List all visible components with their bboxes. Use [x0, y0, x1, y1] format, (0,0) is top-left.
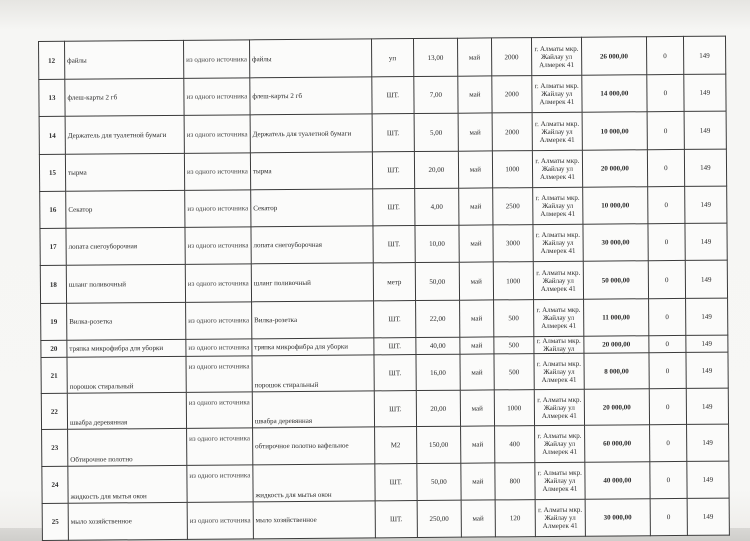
unit: ШТ. — [372, 114, 414, 152]
delivery-address: г. Алматы мкр.Жайлау улАлмерек 41 — [534, 353, 584, 389]
item-description: флеш-карты 2 гб — [250, 77, 372, 115]
item-description: обтирочное полотно вафельное — [252, 427, 374, 465]
code: 149 — [686, 335, 728, 352]
address-line: Жайлау ул — [541, 90, 572, 98]
procurement-method: из одного источника — [184, 153, 250, 191]
advance-percent: 0 — [646, 36, 683, 74]
advance-percent: 0 — [648, 260, 685, 298]
quantity: 4,00 — [415, 188, 459, 225]
total-amount: 30 000,00 — [585, 499, 650, 537]
delivery-month: май — [460, 337, 494, 354]
table-row: 25 мыло хозяйственное из одного источник… — [42, 498, 729, 540]
procurement-method: из одного источника — [183, 40, 249, 79]
advance-percent: 0 — [647, 149, 684, 186]
row-number: 23 — [42, 429, 68, 466]
code: 149 — [687, 461, 729, 498]
delivery-month: май — [458, 113, 492, 151]
item-description: Держатель для туалетной бумаги — [250, 114, 372, 153]
address-line: Жайлау ул — [545, 514, 576, 522]
item-name: швабра деревянная — [67, 392, 186, 429]
address-line: Алмерек 41 — [539, 98, 574, 106]
total-amount: 50 000,00 — [583, 261, 648, 300]
delivery-month: май — [460, 426, 494, 463]
address-line: Жайлау ул — [544, 477, 575, 485]
code: 149 — [686, 424, 728, 461]
procurement-method: из одного источника — [184, 78, 250, 116]
unit-price: 800 — [495, 463, 535, 500]
address-line: Жайлау ул — [543, 314, 574, 322]
total-amount: 40 000,00 — [585, 462, 650, 500]
unit-price: 1000 — [493, 262, 533, 300]
address-line: Жайлау ул — [541, 127, 572, 135]
item-description: жидкость для мытья окон — [253, 464, 375, 502]
delivery-address: г. Алматы мкр.Жайлау улАлмерек 41 — [531, 37, 581, 75]
delivery-month: май — [460, 390, 494, 426]
unit: метр — [373, 263, 415, 301]
code: 149 — [685, 298, 727, 335]
procurement-method: из одного источника — [185, 227, 251, 265]
procurement-method: из одного источника — [186, 356, 252, 393]
row-number: 20 — [41, 340, 67, 357]
delivery-address: г. Алматы мкр.Жайлау улАлмерек 41 — [533, 224, 583, 261]
address-line: Алмерек 41 — [542, 411, 577, 419]
delivery-address: г. Алматы мкр.Жайлау улАлмерек 41 — [535, 462, 585, 499]
item-description: порошок стиральный — [252, 355, 374, 392]
unit: ШТ. — [374, 338, 416, 355]
delivery-address: г. Алматы мкр.Жайлау улАлмерек 41 — [533, 187, 583, 224]
procurement-method: из одного источника — [186, 392, 252, 429]
address-line: Жайлау ул — [543, 345, 574, 353]
procurement-method: из одного источника — [185, 264, 251, 303]
total-amount: 10 000,00 — [582, 112, 647, 151]
unit-price: 500 — [493, 300, 533, 337]
quantity: 20,00 — [416, 390, 460, 426]
item-name: лопата снегоуборочная — [66, 227, 185, 265]
item-name: Держатель для туалетной бумаги — [65, 115, 184, 154]
delivery-month: май — [459, 188, 493, 225]
unit: ШТ. — [372, 77, 414, 114]
unit: ШТ. — [372, 152, 414, 189]
procurement-method: из одного источника — [185, 190, 251, 228]
advance-percent: 0 — [650, 461, 687, 498]
delivery-address: г. Алматы мкр.Жайлау улАлмерек 41 — [534, 425, 584, 462]
row-number: 16 — [40, 191, 66, 228]
delivery-month: май — [458, 151, 492, 188]
delivery-month: май — [458, 76, 492, 113]
advance-percent: 0 — [649, 335, 686, 352]
unit: ШТ. — [375, 464, 417, 501]
total-amount: 20 000,00 — [582, 150, 647, 188]
address-line: Алмерек 41 — [542, 485, 577, 493]
total-amount: 20 000,00 — [584, 336, 649, 354]
item-description: Секатор — [251, 189, 373, 227]
item-name: файлы — [65, 40, 184, 79]
table-row: 16 Секатор из одного источника Секатор Ш… — [40, 186, 727, 228]
unit-price: 2000 — [491, 38, 531, 76]
item-name: шланг поливочный — [66, 264, 185, 303]
unit: ШТ. — [374, 391, 416, 427]
row-number: 13 — [39, 79, 65, 116]
procurement-method: из одного источника — [186, 302, 252, 340]
procurement-method: из одного источника — [187, 465, 253, 503]
table-row: 23 Обтирочное полотно из одного источник… — [42, 424, 729, 466]
delivery-address: г. Алматы мкр.Жайлау улАлмерек 41 — [534, 389, 584, 425]
item-description: файлы — [249, 39, 371, 78]
address-line: Жайлау ул — [544, 403, 575, 411]
quantity: 16,00 — [416, 354, 460, 390]
total-amount: 11 000,00 — [583, 299, 648, 337]
row-number: 25 — [42, 503, 68, 540]
address-line: Алмерек 41 — [539, 60, 574, 68]
table-row: 21 порошок стиральный из одного источник… — [41, 352, 728, 393]
address-line: Алмерек 41 — [542, 448, 577, 456]
row-number: 19 — [41, 303, 67, 340]
address-line: Жайлау ул — [542, 202, 573, 210]
item-description: мыло хозяйственное — [253, 501, 375, 539]
row-number: 17 — [40, 228, 66, 265]
row-number: 24 — [42, 466, 68, 503]
item-name: тырма — [65, 153, 184, 191]
procurement-method: из одного источника — [187, 428, 253, 466]
quantity: 50,00 — [415, 262, 459, 300]
quantity: 10,00 — [415, 225, 459, 262]
address-line: Алмерек 41 — [540, 173, 575, 181]
unit: М2 — [374, 427, 416, 464]
unit-price: 120 — [495, 500, 535, 537]
delivery-month: май — [461, 463, 495, 500]
delivery-month: май — [459, 262, 493, 300]
unit: ШТ. — [373, 301, 415, 338]
address-line: Алмерек 41 — [543, 522, 578, 530]
code: 149 — [685, 186, 727, 223]
advance-percent: 0 — [648, 186, 685, 223]
unit-price: 1000 — [494, 390, 534, 426]
code: 149 — [685, 260, 727, 298]
delivery-address: г. Алматы мкр.Жайлау улАлмерек 41 — [535, 499, 585, 536]
code: 149 — [687, 498, 729, 535]
advance-percent: 0 — [649, 424, 686, 461]
item-name: флеш-карты 2 гб — [65, 78, 184, 116]
procurement-method: из одного источника — [186, 339, 252, 357]
quantity: 150,00 — [416, 426, 460, 463]
total-amount: 26 000,00 — [581, 37, 646, 76]
code: 149 — [684, 149, 726, 186]
address-line: Алмерек 41 — [541, 322, 576, 330]
table-row: 15 тырма из одного источника тырма ШТ. 2… — [39, 149, 726, 191]
item-name: жидкость для мытья окон — [68, 465, 187, 503]
address-line: Алмерек 41 — [541, 284, 576, 292]
quantity: 22,00 — [415, 300, 459, 337]
unit-price: 400 — [494, 426, 534, 463]
code: 149 — [684, 74, 726, 111]
table-row: 13 флеш-карты 2 гб из одного источника ф… — [39, 74, 726, 116]
item-name: Вилка-розетка — [67, 302, 186, 340]
code: 149 — [684, 111, 726, 149]
code: 149 — [685, 223, 727, 260]
address-line: Жайлау ул — [544, 440, 575, 448]
table-row: 14 Держатель для туалетной бумаги из одн… — [39, 111, 726, 154]
unit-price: 2500 — [493, 188, 533, 225]
item-description: швабра деревянная — [252, 391, 374, 428]
item-name: тряпка микрофибра для уборки — [67, 339, 186, 357]
row-number: 22 — [41, 393, 67, 429]
unit: ШТ. — [375, 501, 417, 538]
total-amount: 60 000,00 — [584, 425, 649, 463]
item-description: лопата снегоуборочная — [251, 226, 373, 264]
code: 149 — [686, 388, 728, 424]
unit-price: 500 — [494, 354, 534, 390]
delivery-month: май — [460, 354, 494, 390]
procurement-method: из одного источника — [184, 115, 250, 154]
item-description: тряпка микрофибра для уборки — [252, 338, 374, 356]
address-line: Алмерек 41 — [540, 135, 575, 143]
item-description: Вилка-розетка — [251, 301, 373, 339]
advance-percent: 0 — [648, 298, 685, 335]
quantity: 7,00 — [414, 76, 458, 113]
table-row: 22 швабра деревянная из одного источника… — [41, 388, 728, 429]
advance-percent: 0 — [648, 223, 685, 260]
unit-price: 500 — [494, 337, 534, 354]
delivery-address: г. Алматы мкр.Жайлау улАлмерек 41 — [533, 261, 583, 299]
unit: ШТ. — [373, 189, 415, 226]
delivery-month: май — [459, 300, 493, 337]
address-line: Жайлау ул — [542, 165, 573, 173]
unit-price: 1000 — [492, 151, 532, 188]
address-line: Жайлау ул — [543, 367, 574, 375]
advance-percent: 0 — [650, 498, 687, 535]
quantity: 40,00 — [416, 337, 460, 354]
delivery-address: г. Алматы мкр.Жайлау улАлмерек 41 — [533, 299, 583, 336]
table-row: 12 файлы из одного источника файлы уп 13… — [39, 36, 726, 79]
table-row: 18 шланг поливочный из одного источника … — [40, 260, 727, 303]
delivery-month: май — [457, 38, 491, 76]
advance-percent: 0 — [647, 74, 684, 111]
total-amount: 10 000,00 — [583, 187, 648, 225]
item-description: тырма — [250, 152, 372, 190]
row-number: 14 — [39, 116, 65, 154]
item-name: Обтирочное полотно — [68, 428, 187, 466]
address-line: Алмерек 41 — [542, 375, 577, 383]
row-number: 15 — [39, 154, 65, 191]
row-number: 18 — [40, 265, 66, 303]
advance-percent: 0 — [649, 352, 686, 388]
table-row: 17 лопата снегоуборочная из одного источ… — [40, 223, 727, 265]
table-row: 24 жидкость для мытья окон из одного ист… — [42, 461, 729, 503]
total-amount: 30 000,00 — [583, 224, 648, 262]
advance-percent: 0 — [649, 388, 686, 424]
advance-percent: 0 — [647, 111, 684, 149]
delivery-month: май — [459, 225, 493, 262]
unit-price: 3000 — [493, 225, 533, 262]
unit: уп — [371, 39, 413, 77]
address-line: Жайлау ул — [542, 239, 573, 247]
item-name: мыло хозяйственное — [68, 502, 187, 540]
code: 149 — [683, 36, 725, 74]
code: 149 — [686, 352, 728, 388]
unit-price: 2000 — [492, 76, 532, 113]
quantity: 5,00 — [414, 113, 458, 151]
address-line: Жайлау ул — [543, 276, 574, 284]
table-row: 19 Вилка-розетка из одного источника Вил… — [41, 298, 728, 340]
delivery-address: г. Алматы мкр.Жайлау улАлмерек 41 — [532, 150, 582, 187]
unit-price: 2000 — [492, 113, 532, 151]
procurement-table: 12 файлы из одного источника файлы уп 13… — [38, 36, 730, 541]
procurement-method: из одного источника — [187, 502, 253, 540]
address-line: Алмерек 41 — [540, 210, 575, 218]
quantity: 13,00 — [413, 38, 457, 76]
row-number: 21 — [41, 357, 67, 393]
delivery-address: г. Алматы мкр.Жайлау улАлмерек 41 — [532, 112, 582, 150]
delivery-month: май — [461, 500, 495, 537]
item-description: шланг поливочный — [251, 263, 373, 302]
quantity: 50,00 — [417, 463, 461, 500]
item-name: Секатор — [66, 190, 185, 228]
total-amount: 14 000,00 — [582, 75, 647, 113]
total-amount: 20 000,00 — [584, 389, 649, 426]
quantity: 250,00 — [417, 500, 461, 537]
total-amount: 8 000,00 — [584, 353, 649, 390]
row-number: 12 — [39, 41, 65, 79]
unit: ШТ. — [374, 355, 416, 391]
delivery-address: г. Алматы мкр.Жайлау ул — [534, 336, 584, 353]
delivery-address: г. Алматы мкр.Жайлау улАлмерек 41 — [532, 75, 582, 112]
unit: ШТ. — [373, 226, 415, 263]
address-line: Алмерек 41 — [541, 247, 576, 255]
item-name: порошок стиральный — [67, 356, 186, 393]
address-line: Жайлау ул — [541, 52, 572, 60]
quantity: 20,00 — [414, 151, 458, 188]
